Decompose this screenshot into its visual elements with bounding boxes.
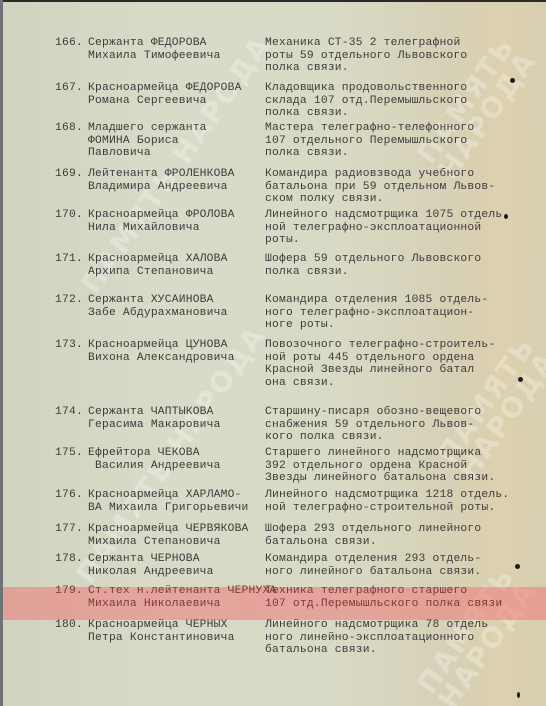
entry-position: Линейного надсмотрщика 78 отдельного лин… xyxy=(265,619,488,657)
entry-number: 169. xyxy=(55,168,83,181)
entry-name: Красноармейца ФРОЛОВАНила Михайловича xyxy=(88,209,235,234)
entry-position: Шофера 293 отдельного линейногобатальона… xyxy=(265,523,481,548)
entry-name: Ефрейтора ЧЕКОВА Василия Андреевича xyxy=(88,447,221,472)
entry-number: 179. xyxy=(55,585,83,598)
entry-position: Старшего линейного надсмотрщика392 отдел… xyxy=(265,447,495,485)
entry-name: Красноармейца ЧЕРНЫХПетра Константинович… xyxy=(88,619,235,644)
entry-name: Младшего сержантаФОМИНА БорисаПавловича xyxy=(88,122,207,160)
entry-number: 171. xyxy=(55,253,83,266)
entry-name: Сержанта ХУСАИНОВАЗабе Абдурахмановича xyxy=(88,294,228,319)
entry-number: 166. xyxy=(55,37,83,50)
ink-blot xyxy=(515,564,520,569)
entry-position: Командира радиовзвода учебногобатальона … xyxy=(265,168,495,206)
entry-name: Сержанта ФЕДОРОВАМихаила Тимофеевича xyxy=(88,37,221,62)
entry-number: 175. xyxy=(55,447,83,460)
entry-number: 177. xyxy=(55,523,83,536)
entry-number: 173. xyxy=(55,339,83,352)
entry-position: Линейного надсмотрщика 1075 отдельной те… xyxy=(265,209,502,247)
ink-blot xyxy=(518,377,523,382)
entry-position: Командира отделения 293 отдель-ного лине… xyxy=(265,553,481,578)
scan-edge xyxy=(0,0,546,2)
entry-position: Старшину-писаря обозно-вещевогоснабжения… xyxy=(265,406,481,444)
entry-position: Кладовщика продовольственногосклада 107 … xyxy=(265,82,467,120)
entry-name: Красноармейца ФЕДОРОВАРомана Сергеевича xyxy=(88,82,242,107)
entry-position: Шофера 59 отдельного Львовскогополка свя… xyxy=(265,253,481,278)
entry-number: 178. xyxy=(55,553,83,566)
entry-number: 180. xyxy=(55,619,83,632)
entry-name: Красноармейца ХАЛОВААрхипа Степановича xyxy=(88,253,228,278)
entry-number: 167. xyxy=(55,82,83,95)
entry-number: 176. xyxy=(55,489,83,502)
entry-name: Красноармейца ХАРЛАМО-ВА Михаила Григорь… xyxy=(88,489,249,514)
entry-position: Командира отделения 1085 отдель-ного тел… xyxy=(265,294,488,332)
scan-edge xyxy=(0,0,3,706)
entry-name: Сержанта ЧАПТЫКОВАГерасима Макаровича xyxy=(88,406,221,431)
entry-position: Мастера телеграфно-телефонного107 отдель… xyxy=(265,122,474,160)
entry-position: Механика СТ-35 2 телеграфнойроты 59 отде… xyxy=(265,37,467,75)
entry-name: Сержанта ЧЕРНОВАНиколая Андреевича xyxy=(88,553,214,578)
entry-number: 168. xyxy=(55,122,83,135)
entry-number: 174. xyxy=(55,406,83,419)
entry-position: Техника телеграфного старшего107 отд.Пер… xyxy=(265,585,502,610)
ink-blot xyxy=(504,214,508,219)
entry-number: 172. xyxy=(55,294,83,307)
entry-name: Красноармейца ЧЕРВЯКОВАМихаила Степанови… xyxy=(88,523,249,548)
entry-name: Ст.тех н.лейтенанта ЧЕРНУХАМихаила Никол… xyxy=(88,585,276,610)
entry-number: 170. xyxy=(55,209,83,222)
entry-position: Линейного надсмотрщика 1218 отдель.ной т… xyxy=(265,489,509,514)
entry-position: Повозочного телеграфно-строитель-ной рот… xyxy=(265,339,495,389)
ink-blot xyxy=(517,692,520,698)
document-page: ПАМЯТЬ НАРОДА ПАМЯТЬ НАРОДА ПАМЯТЬ НАРОД… xyxy=(3,2,546,706)
entry-name: Лейтенанта ФРОЛЕНКОВАВладимира Андреевич… xyxy=(88,168,235,193)
ink-blot xyxy=(510,78,515,83)
entry-name: Красноармейца ЦУНОВАВихона Александрович… xyxy=(88,339,235,364)
